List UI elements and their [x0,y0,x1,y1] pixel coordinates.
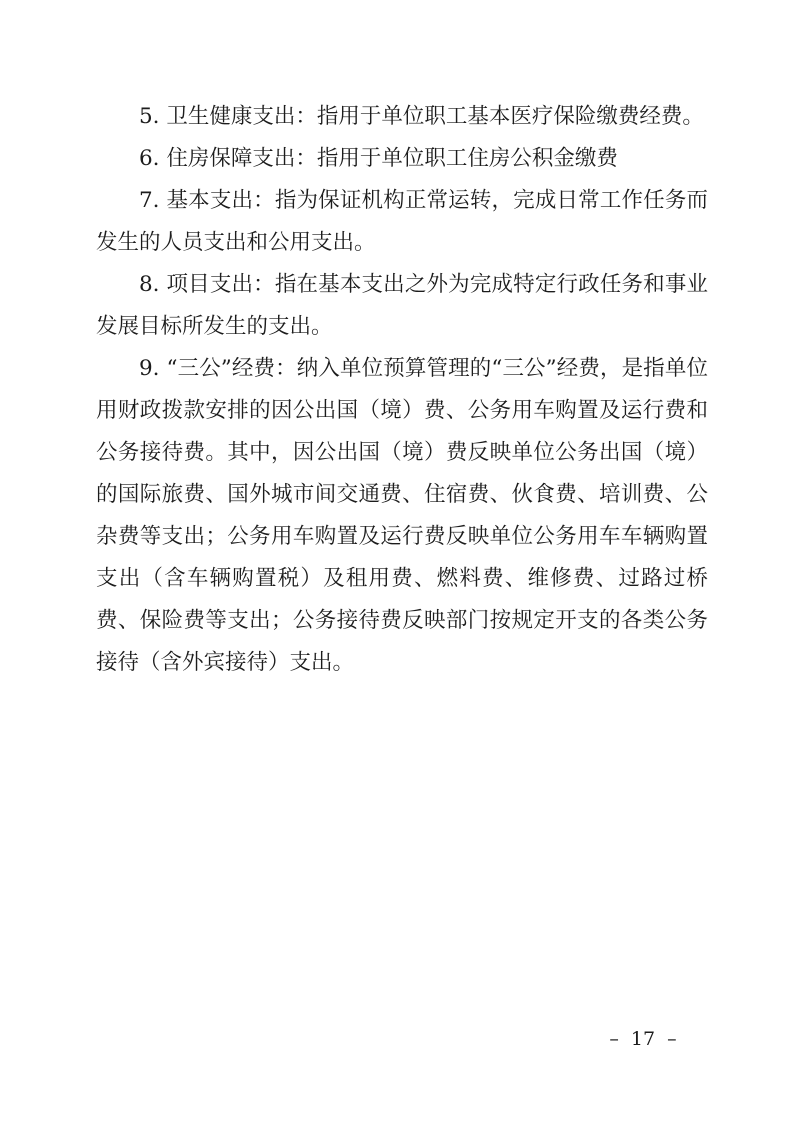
paragraph-three-public-funds: 9. “三公”经费：纳入单位预算管理的“三公”经费，是指单位用财政拨款安排的因公… [96,348,708,684]
document-page: 5. 卫生健康支出：指用于单位职工基本医疗保险缴费经费。 6. 住房保障支出：指… [0,0,793,1122]
document-body: 5. 卫生健康支出：指用于单位职工基本医疗保险缴费经费。 6. 住房保障支出：指… [96,96,708,684]
paragraph-basic-expenditure: 7. 基本支出：指为保证机构正常运转，完成日常工作任务而发生的人员支出和公用支出… [96,180,708,264]
paragraph-health-expenditure: 5. 卫生健康支出：指用于单位职工基本医疗保险缴费经费。 [96,96,708,138]
page-number: – 17 – [588,1026,698,1052]
paragraph-housing-expenditure: 6. 住房保障支出：指用于单位职工住房公积金缴费 [96,138,708,180]
paragraph-project-expenditure: 8. 项目支出：指在基本支出之外为完成特定行政任务和事业发展目标所发生的支出。 [96,264,708,348]
